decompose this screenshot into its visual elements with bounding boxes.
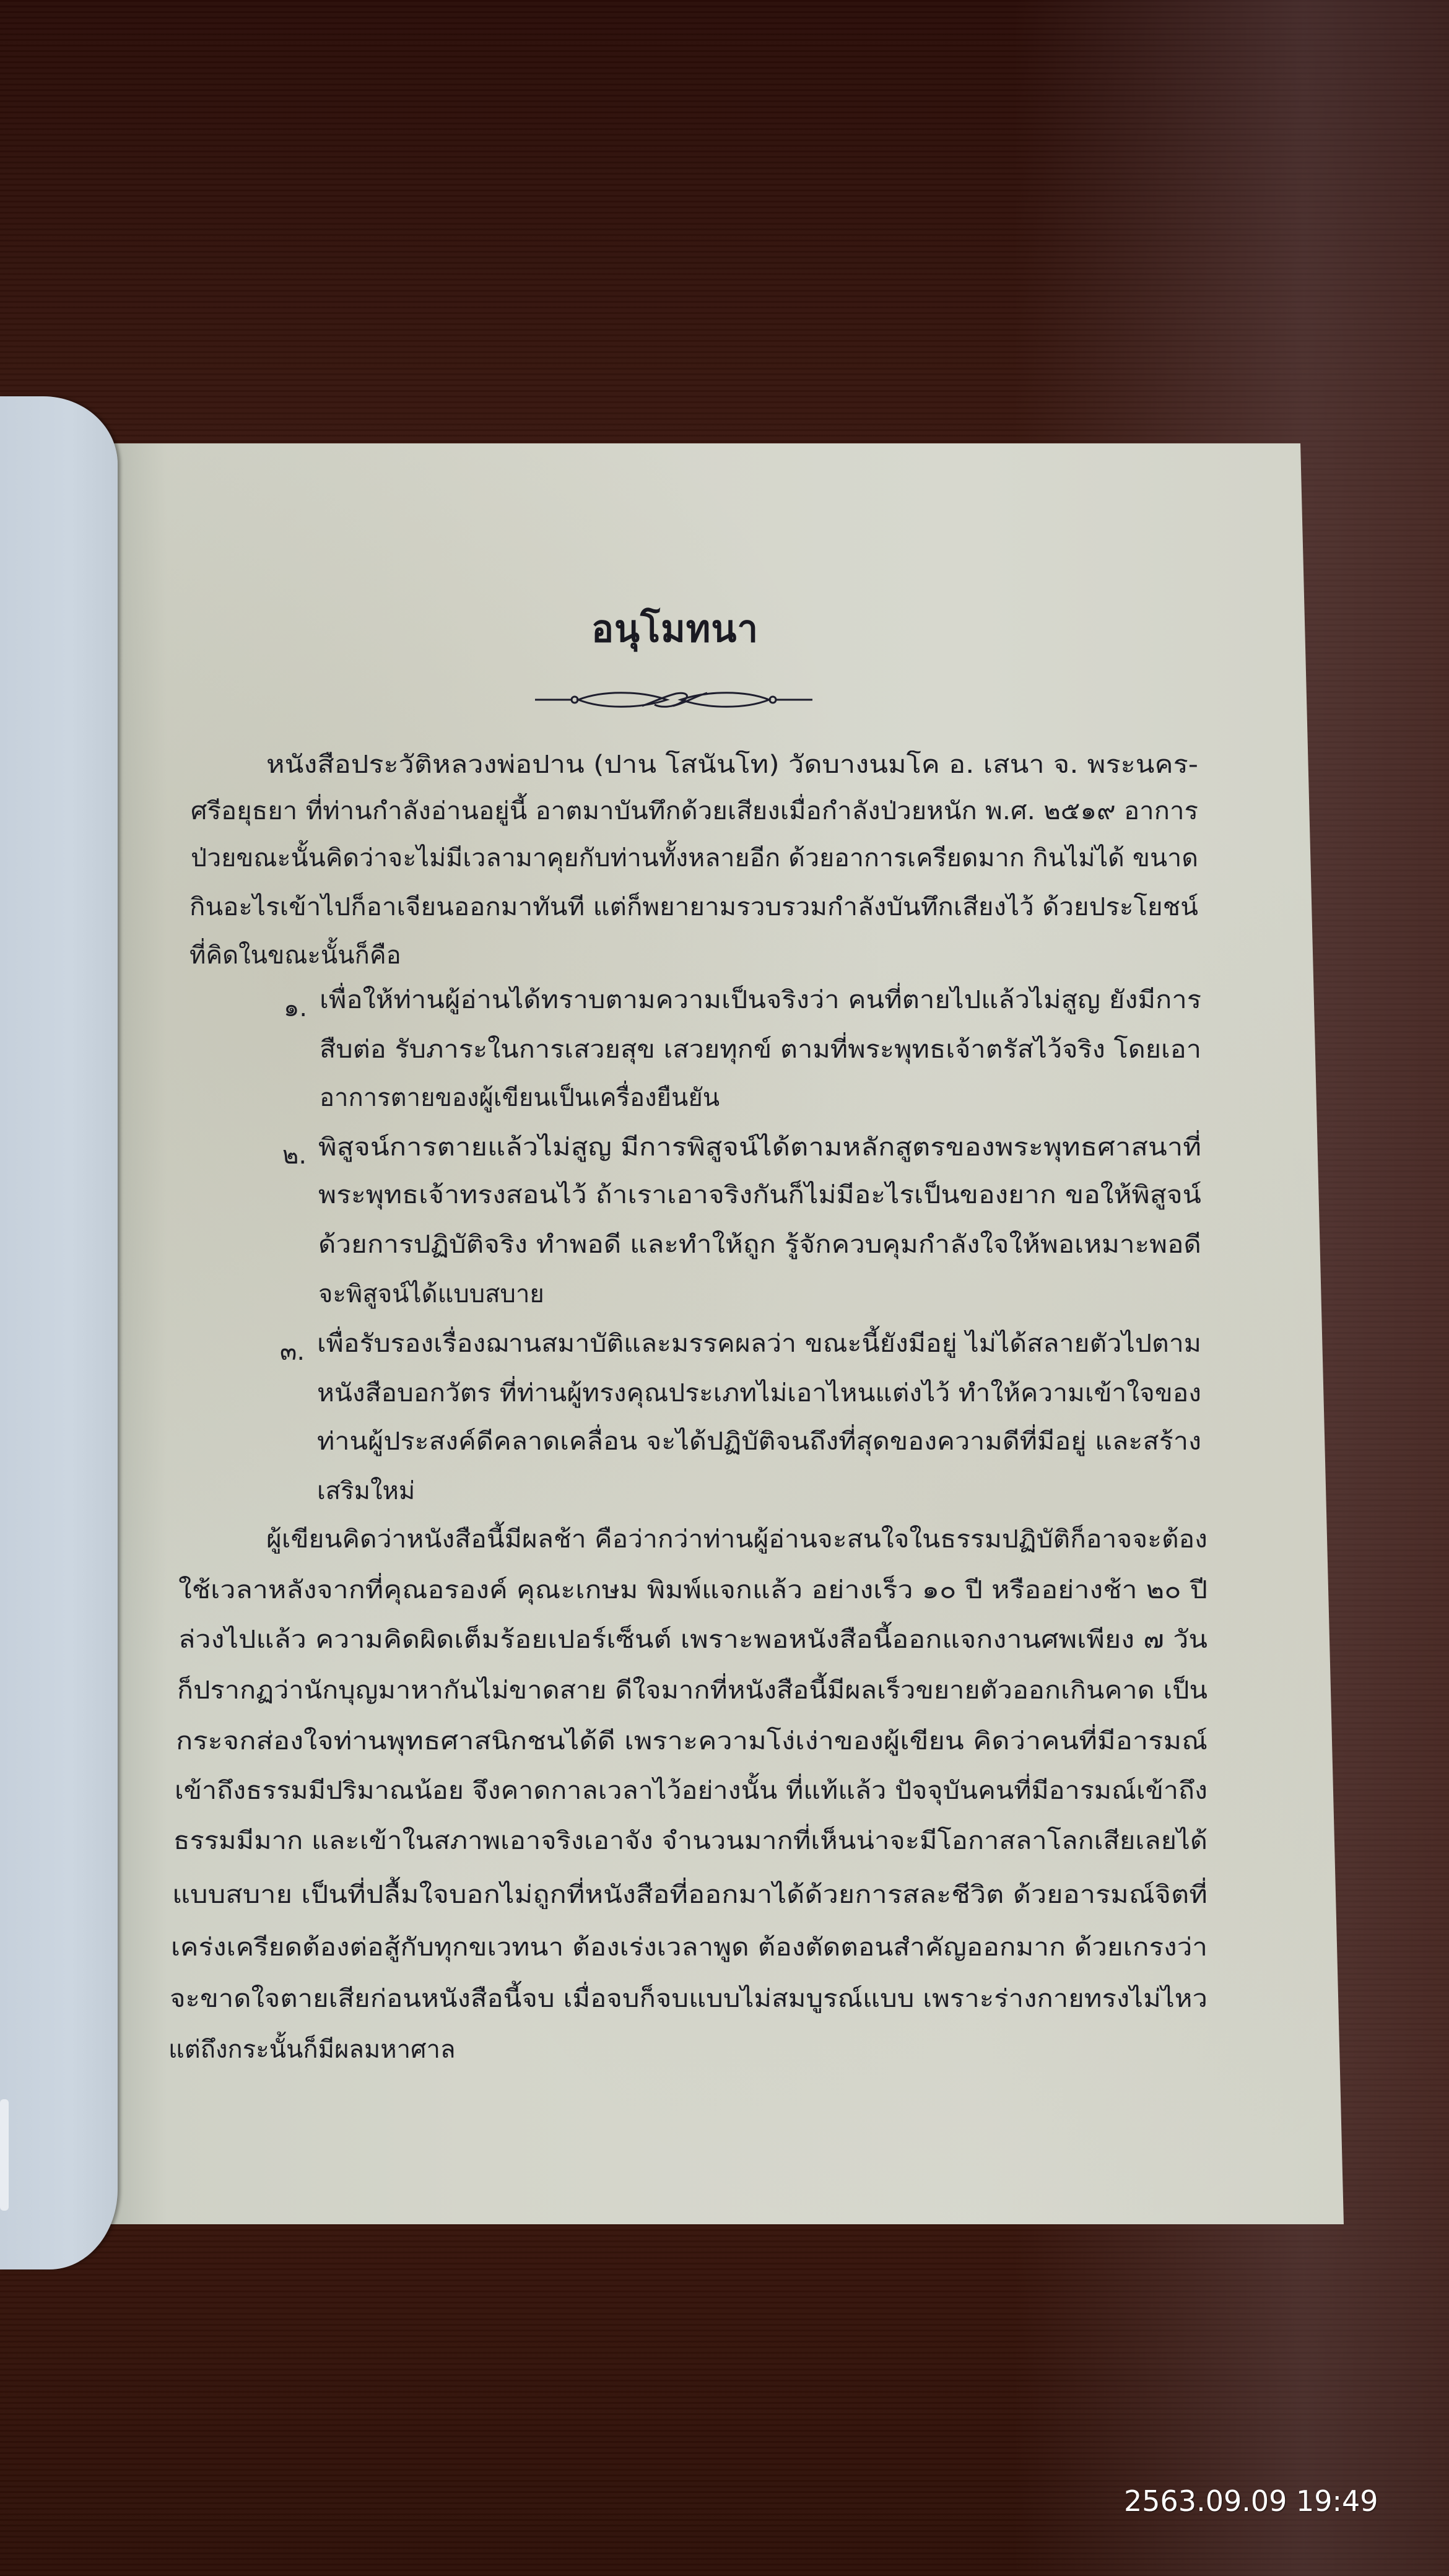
intro-line: หนังสือประวัติหลวงพ่อปาน (ปาน โสนันโท) ว… xyxy=(266,752,1198,777)
list-item-line: อาการตายของผู้เขียนเป็นเครื่องยืนยัน xyxy=(320,1086,720,1110)
closing-line: ใช้เวลาหลังจากที่คุณอรองค์ คุณะเกษม พิมพ… xyxy=(178,1578,1207,1603)
closing-line: ล่วงไปแล้ว ความคิดผิดเต็มร้อยเปอร์เซ็นต์… xyxy=(178,1627,1207,1652)
closing-line: กระจกส่องใจท่านพุทธศาสนิกชนได้ดี เพราะคว… xyxy=(176,1729,1207,1754)
list-number: ๑. xyxy=(284,988,307,1027)
closing-line: แต่ถึงกระนั้นก็มีผลมหาศาล xyxy=(168,2037,455,2062)
closing-line: แบบสบาย เป็นที่ปลื้มใจบอกไม่ถูกที่หนังสื… xyxy=(172,1882,1207,1907)
list-item-line: เพื่อรับรองเรื่องฌานสมาบัติและมรรคผลว่า … xyxy=(317,1331,1201,1356)
intro-line: ป่วยขณะนั้นคิดว่าจะไม่มีเวลามาคุยกับท่าน… xyxy=(191,846,1198,871)
list-item-line: ท่านผู้ประสงค์ดีคลาดเคลื่อน จะได้ปฏิบัติ… xyxy=(317,1429,1201,1454)
list-item-line: พระพุทธเจ้าทรงสอนไว้ ถ้าเราเอาจริงกันก็ไ… xyxy=(318,1183,1201,1207)
list-item-line: จะพิสูจน์ได้แบบสบาย xyxy=(318,1282,544,1307)
list-item-line: หนังสือบอกวัตร ที่ท่านผู้ทรงคุณประเภทไม่… xyxy=(317,1381,1201,1406)
page-title: อนุโมทนา xyxy=(588,599,762,658)
closing-line: ธรรมมีมาก และเข้าในสภาพเอาจริงเอาจัง จำน… xyxy=(173,1829,1207,1853)
list-item-line: สืบต่อ รับภาระในการเสวยสุข เสวยทุกข์ ตาม… xyxy=(320,1037,1201,1062)
photo-timestamp: 2563.09.09 19:49 xyxy=(1124,2484,1378,2518)
closing-line: เข้าถึงธรรมมีปริมาณน้อย จึงคาดกาลเวลาไว้… xyxy=(175,1778,1207,1803)
facing-blank-page xyxy=(0,396,118,2269)
closing-line: เคร่งเครียดต้องต่อสู้กับทุกขเวทนา ต้องเร… xyxy=(171,1935,1207,1960)
list-number: ๒. xyxy=(282,1135,307,1175)
list-item-line: เสริมใหม่ xyxy=(317,1479,415,1503)
closing-line: ผู้เขียนคิดว่าหนังสือนี้มีผลช้า คือว่ากว… xyxy=(266,1527,1207,1552)
list-item-line: ด้วยการปฏิบัติจริง ทำพอดี และทำให้ถูก รู… xyxy=(318,1232,1201,1257)
intro-line: ที่คิดในขณะนั้นก็คือ xyxy=(189,943,401,968)
intro-line: กินอะไรเข้าไปก็อาเจียนออกมาทันที แต่ก็พย… xyxy=(189,895,1198,920)
list-item-line: เพื่อให้ท่านผู้อ่านได้ทราบตามความเป็นจริ… xyxy=(320,988,1201,1012)
list-number: ๓. xyxy=(280,1331,305,1371)
page-sheen xyxy=(0,2099,9,2211)
intro-line: ศรีอยุธยา ที่ท่านกำลังอ่านอยู่นี้ อาตมาบ… xyxy=(191,799,1198,824)
list-item-line: พิสูจน์การตายแล้วไม่สูญ มีการพิสูจน์ได้ต… xyxy=(318,1135,1201,1160)
decorative-divider-icon xyxy=(534,684,814,715)
closing-line: ก็ปรากฏว่านักบุญมาหากันไม่ขาดสาย ดีใจมาก… xyxy=(177,1678,1207,1703)
closing-line: จะขาดใจตายเสียก่อนหนังสือนี้จบ เมื่อจบก็… xyxy=(170,1986,1207,2011)
